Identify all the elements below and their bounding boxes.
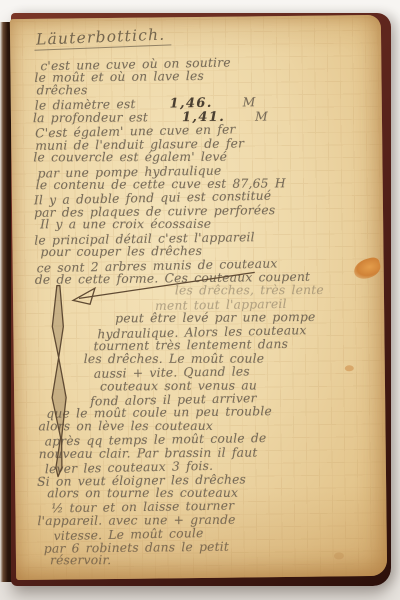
handwritten-line: tournent très lentement dans [93, 336, 378, 353]
small-stain [345, 365, 354, 371]
small-stain [334, 552, 344, 559]
handwritten-line: réservoir. [50, 553, 381, 567]
line-text: réservoir. [50, 553, 111, 567]
line-text: alors on lève les couteaux [38, 419, 213, 433]
handwriting-lines: c'est une cuve où on soutirele moût et o… [32, 54, 381, 568]
line-text: le couvercle est égalem' levé [33, 150, 227, 165]
photo-of-notebook: { "photo": { "background": "#f3f1ed" }, … [0, 0, 400, 600]
notebook-page: Läuterbottich. c'est une cuve où on sout… [10, 15, 387, 580]
line-text: les drêches. Le moût coule [84, 351, 265, 365]
line-text: pour couper les drêches [40, 244, 202, 259]
measurement-unit: M [243, 95, 256, 109]
page-title: Läuterbottich. [34, 25, 172, 50]
line-text: drêches [37, 83, 88, 97]
line-text: Il y a une croix écossaise [40, 217, 211, 231]
line-text: les drêches, très lente [175, 283, 324, 297]
line-text: la profondeur est [33, 110, 148, 125]
